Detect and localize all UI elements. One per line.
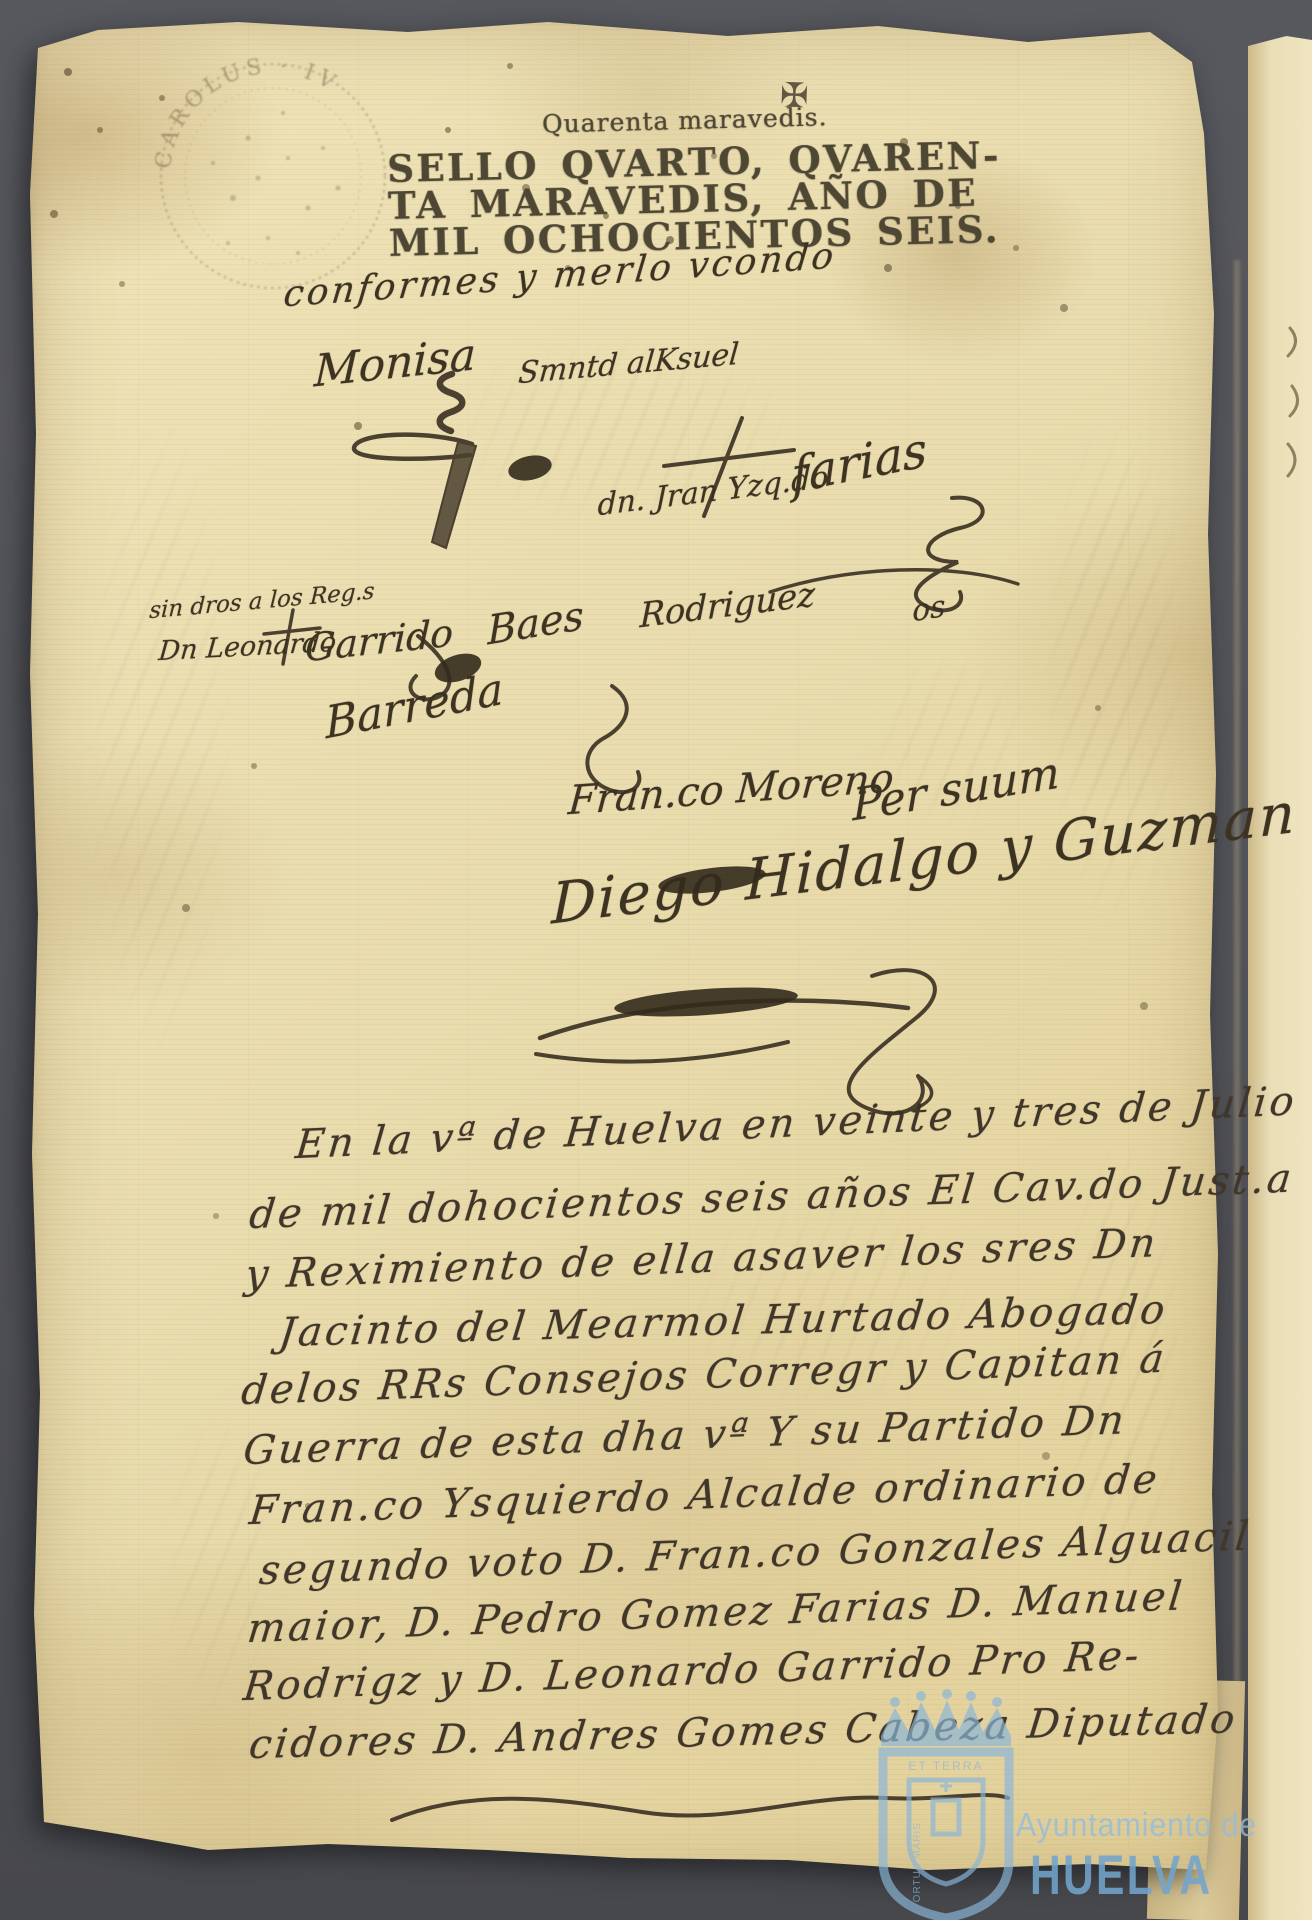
signature-barreda: Barreda — [324, 663, 504, 749]
signature-fran-moreno: Fran.co Moreno — [567, 755, 896, 824]
crest-gate — [933, 1800, 959, 1834]
signature-garrido: Garrido — [304, 610, 453, 670]
ink-bleedthrough-left — [60, 290, 260, 1190]
page-content-layer: CAROLUS · IV ✠ Quarenta maravedis. SELLO… — [0, 0, 1312, 1920]
seal-speckle-texture — [211, 111, 341, 255]
crest-motto-left: PORTUS MARIS — [912, 1822, 923, 1910]
ink-bleedthrough-right-top — [1020, 320, 1210, 1020]
watermark-text-line1: Ayuntamiento de — [1016, 1806, 1257, 1844]
huelva-crest-watermark: ET TERRA PORTUS MARIS — [856, 1688, 1036, 1920]
fee-note-line: Quarenta maravedis. — [542, 102, 828, 138]
seal-inner-ring — [185, 88, 361, 264]
body-line-11: cidores D. Andres Gomes Cabeza Diputado — [247, 1696, 1240, 1768]
stamp-heading: SELLO QVARTO, QVAREN- TA MARAVEDIS, AÑO … — [387, 137, 1003, 262]
crest-motto-top: ET TERRA — [909, 1759, 984, 1773]
svg-text:CAROLUS · IV: CAROLUS · IV — [151, 54, 344, 171]
seal-rim-text: CAROLUS · IV — [151, 54, 344, 171]
signature-rodriguez: Rodriguez — [639, 574, 815, 636]
signature-baes: Baes — [487, 593, 584, 655]
crest-crown — [881, 1700, 1011, 1746]
signature-os-fragment: os — [912, 589, 946, 630]
watermark-text-line2: HUELVA — [1030, 1842, 1212, 1907]
scanned-manuscript-image: CAROLUS · IV ✠ Quarenta maravedis. SELLO… — [0, 0, 1312, 1920]
ink-specks — [0, 0, 4, 4]
